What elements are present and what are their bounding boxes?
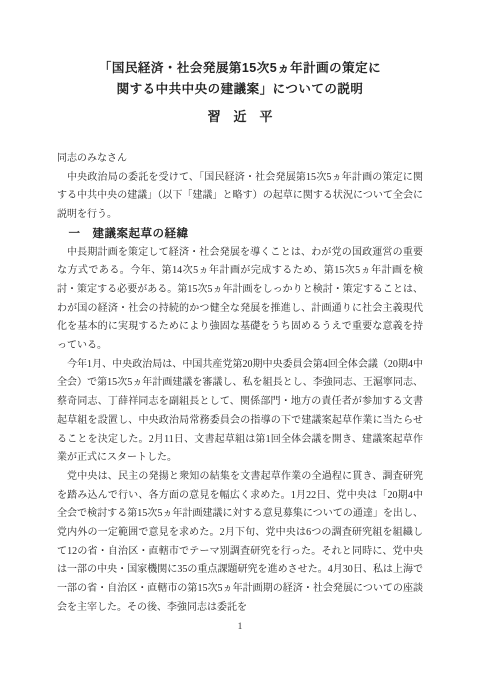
section-heading: 一 建議案起草の経緯 xyxy=(57,225,423,244)
document-title: 「国民経済・社会発展第15次5ヵ年計画の策定に 関する中共中央の建議案」について… xyxy=(0,58,480,100)
salutation: 同志のみなさん xyxy=(57,150,423,169)
body-paragraph: 今年1月、中央政治局は、中国共産党第20期中央委員会第4回全体会議（20期4中全… xyxy=(57,356,423,468)
document-body: 同志のみなさん 中央政治局の委託を受けて、「国民経済・社会発展第15次5ヵ年計画… xyxy=(57,150,423,618)
document-title-line-2: 関する中共中央の建議案」についての説明 xyxy=(0,79,480,100)
body-paragraph: 中長期計画を策定して経済・社会発展を導くことは、わが党の国政運営の重要な方式であ… xyxy=(57,244,423,356)
body-paragraph: 党中央は、民主の発揚と衆知の結集を文書起草作業の全過程に貫き、調査研究を踏み込ん… xyxy=(57,468,423,618)
intro-paragraph: 中央政治局の委託を受けて、「国民経済・社会発展第15次5ヵ年計画の策定に関する中… xyxy=(57,169,423,225)
document-page: 「国民経済・社会発展第15次5ヵ年計画の策定に 関する中共中央の建議案」について… xyxy=(0,0,480,679)
author-name: 習 近 平 xyxy=(0,109,480,125)
document-title-line-1: 「国民経済・社会発展第15次5ヵ年計画の策定に xyxy=(0,58,480,79)
page-number: 1 xyxy=(0,622,480,632)
